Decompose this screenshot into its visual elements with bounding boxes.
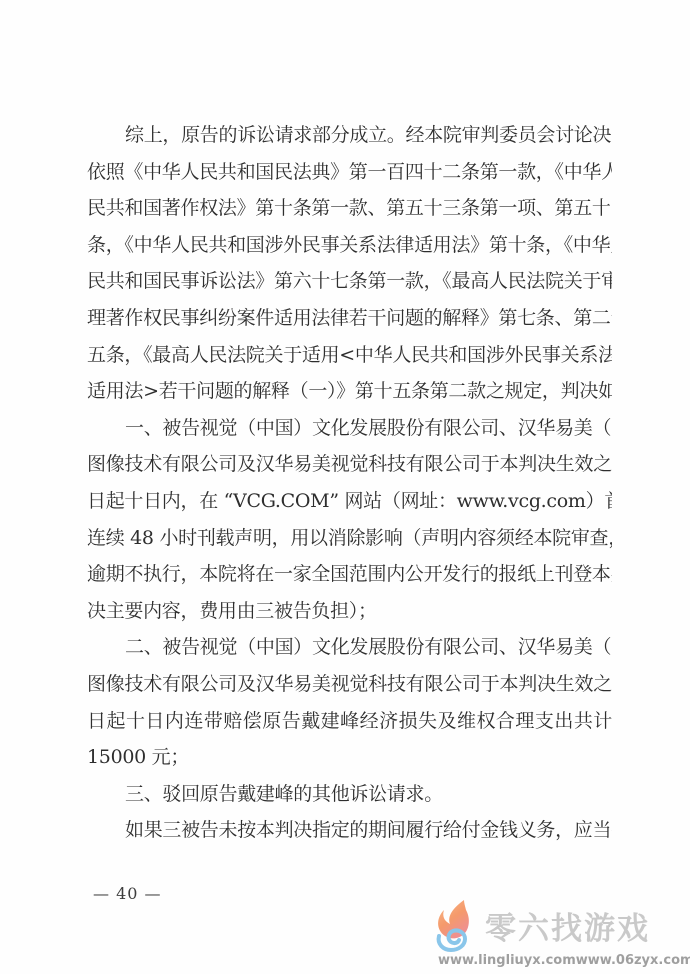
text-line: 三、驳回原告戴建峰的其他诉讼请求。 (87, 776, 612, 813)
text-line: 适用法>若干问题的解释（一）》第十五条第二款之规定，判决如下： (87, 373, 612, 410)
text-line: 综上，原告的诉讼请求部分成立。经本院审判委员会讨论决定， (87, 117, 612, 154)
text-line: 15000 元； (87, 739, 612, 776)
watermark: 零六找游戏 www.lingliuyx.com www.06zyx.com (438, 898, 650, 968)
judgment-text: 综上，原告的诉讼请求部分成立。经本院审判委员会讨论决定，依照《中华人民共和国民法… (87, 117, 612, 849)
text-line: 理著作权民事纠纷案件适用法律若干问题的解释》第七条、第二十 (87, 300, 612, 337)
text-line: 决主要内容，费用由三被告负担）； (87, 593, 612, 630)
text-line: 一、被告视觉（中国）文化发展股份有限公司、汉华易美（天津） (87, 410, 612, 447)
text-line: 五条，《最高人民法院关于适用<中华人民共和国涉外民事关系法律 (87, 337, 612, 374)
text-line: 逾期不执行，本院将在一家全国范围内公开发行的报纸上刊登本判 (87, 556, 612, 593)
text-line: 如果三被告未按本判决指定的期间履行给付金钱义务，应当按 (87, 812, 612, 849)
watermark-top-row: 零六找游戏 (438, 898, 650, 952)
flame-swirl-icon (429, 898, 481, 952)
document-page: 综上，原告的诉讼请求部分成立。经本院审判委员会讨论决定，依照《中华人民共和国民法… (0, 0, 690, 974)
text-line: 二、被告视觉（中国）文化发展股份有限公司、汉华易美（天津） (87, 629, 612, 666)
text-line: 日起十日内连带赔偿原告戴建峰经济损失及维权合理支出共计 (87, 703, 612, 740)
page-number: — 40 — (93, 884, 162, 903)
watermark-url-lingliuyx: www.lingliuyx.com (438, 953, 576, 968)
watermark-url-06zyx: www.06zyx.com (576, 953, 690, 968)
text-line: 日起十日内，在 “VCG.COM” 网站（网址：www.vcg.com）首页位置 (87, 483, 612, 520)
text-line: 图像技术有限公司及汉华易美视觉科技有限公司于本判决生效之 (87, 446, 612, 483)
text-line: 民共和国民事诉讼法》第六十七条第一款，《最高人民法院关于审 (87, 263, 612, 300)
watermark-urls: www.lingliuyx.com www.06zyx.com (438, 953, 650, 968)
text-line: 民共和国著作权法》第十条第一款、第五十三条第一项、第五十四 (87, 190, 612, 227)
text-line: 图像技术有限公司及汉华易美视觉科技有限公司于本判决生效之 (87, 666, 612, 703)
watermark-brand: 零六找游戏 (485, 903, 650, 948)
text-line: 依照《中华人民共和国民法典》第一百四十二条第一款，《中华人 (87, 154, 612, 191)
text-line: 条，《中华人民共和国涉外民事关系法律适用法》第十条，《中华人 (87, 227, 612, 264)
text-line: 连续 48 小时刊载声明，用以消除影响（声明内容须经本院审查， (87, 520, 612, 557)
